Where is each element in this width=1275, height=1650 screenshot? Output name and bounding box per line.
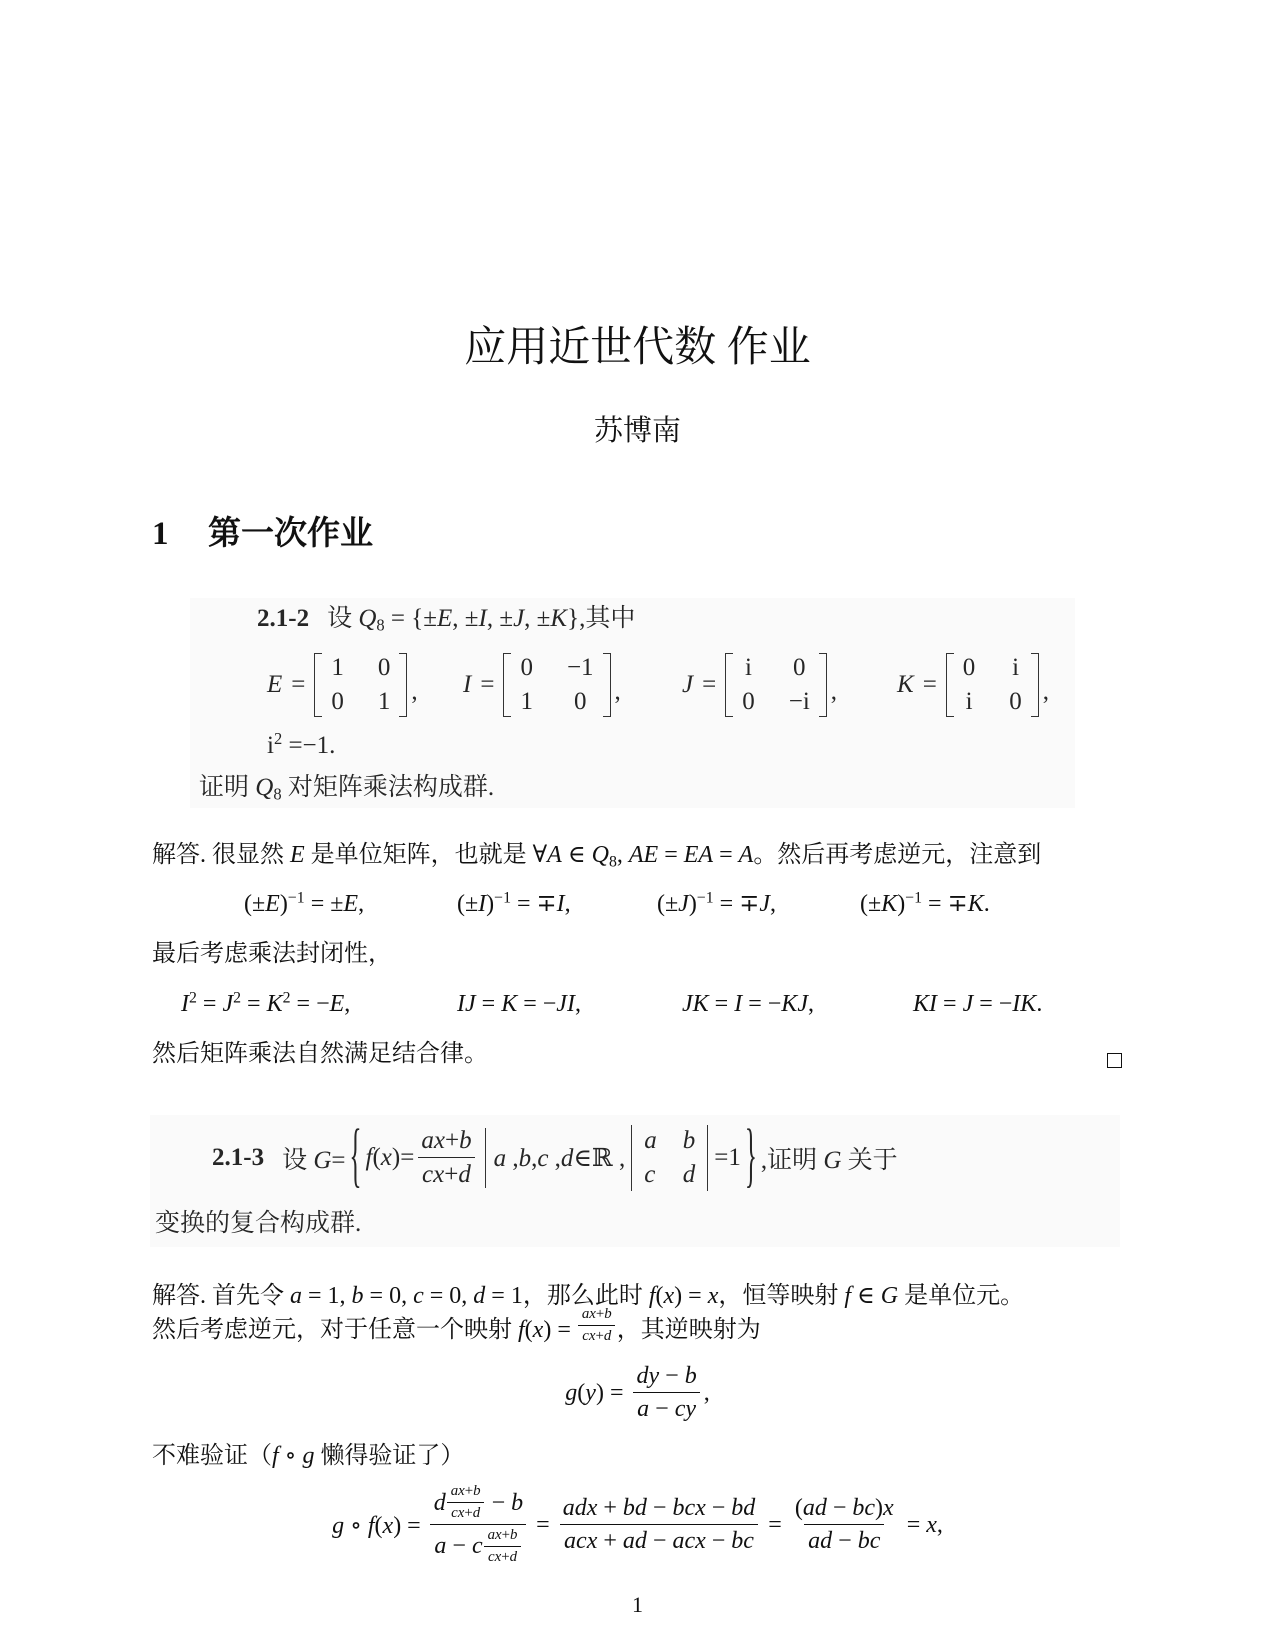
matrix-cells: 1 0 0 1	[322, 653, 399, 717]
numerator: ax+b	[417, 1126, 475, 1157]
composition-fraction-3: (ad − bc)x ad − bc	[791, 1494, 898, 1556]
matrix-name: E	[267, 671, 282, 699]
numerator: dy − b	[632, 1362, 700, 1392]
product-equation: IJ = K = −JI,	[457, 986, 581, 1022]
problem-number: 2.1-3	[212, 1144, 264, 1172]
nested-fraction: ax+b cx+d	[484, 1527, 522, 1567]
inverse-equation: (±K)−1 = ∓K.	[860, 886, 990, 922]
denominator: acx + ad − acx − bc	[560, 1524, 758, 1556]
inverse-lhs: g(y) =	[565, 1380, 629, 1407]
equals-sign: =	[291, 671, 305, 699]
composition-lhs: g ∘ f(x) =	[332, 1511, 427, 1540]
matrix: i 0 0 −i	[725, 653, 827, 717]
left-bracket-icon	[946, 653, 954, 717]
inline-fraction: ax+b cx+d	[578, 1306, 616, 1346]
problem-set-definition: 设 Q8 = {±E, ±I, ±J, ±K},其中	[327, 605, 635, 632]
right-bracket-icon	[819, 653, 827, 717]
matrix-cell: −1	[567, 653, 594, 683]
matrix-cells: 0 −1 1 0	[511, 653, 602, 717]
matrix-cell: i	[1012, 653, 1019, 683]
matrix-I: I = 0 −1 1 0 ,	[463, 650, 621, 720]
right-bracket-icon	[1031, 653, 1039, 717]
matrix-name: I	[463, 671, 471, 699]
matrix-E: E = 1 0 0 1 ,	[267, 650, 418, 720]
imaginary-unit-definition: i2 =−1.	[267, 730, 335, 762]
solution-1-line-3: 然后矩阵乘法自然满足结合律。	[152, 1038, 488, 1070]
denominator: cx+d	[578, 1325, 615, 1346]
matrix-cell: 0	[963, 653, 976, 683]
product-equation: KI = J = −IK.	[913, 986, 1042, 1022]
product-equation: I2 = J2 = K2 = −E,	[181, 986, 350, 1022]
separator: ,	[411, 678, 417, 706]
set-prefix: 设 G=	[282, 1140, 345, 1176]
matrix-cell: −i	[789, 687, 810, 717]
equals-sign: =	[530, 1512, 556, 1539]
denominator: cx+d	[418, 1157, 475, 1190]
product-equation: JK = I = −KJ,	[682, 986, 814, 1022]
matrix: 0 −1 1 0	[503, 653, 610, 717]
separator: ,	[831, 678, 837, 706]
determinant: a b c d	[631, 1125, 708, 1191]
numerator: d ax+b cx+d − b	[430, 1483, 527, 1524]
inverse-map-equation: g(y) = dy − b a − cy ,	[0, 1358, 1275, 1428]
numerator: adx + bd − bcx − bd	[559, 1494, 760, 1524]
right-bracket-icon	[399, 653, 407, 717]
det-cell: c	[644, 1161, 657, 1189]
matrix-cell: 1	[378, 687, 391, 717]
numerator: ax+b	[578, 1306, 616, 1325]
problem-header: 2.1-2设 Q8 = {±E, ±I, ±J, ±K},其中	[257, 603, 635, 635]
matrix-J: J = i 0 0 −i ,	[682, 650, 837, 720]
matrix-cell: 1	[331, 653, 344, 683]
matrix-cell: 1	[520, 687, 533, 717]
composition-fraction-2: adx + bd − bcx − bd acx + ad − acx − bc	[559, 1494, 760, 1556]
matrix-cell: 0	[742, 687, 755, 717]
det-cell: b	[683, 1127, 696, 1155]
left-bracket-icon	[725, 653, 733, 717]
numerator: ax+b	[447, 1483, 485, 1502]
composition-equation: g ∘ f(x) = d ax+b cx+d − b a − c ax+b cx…	[0, 1483, 1275, 1567]
matrix-name: K	[897, 671, 914, 699]
matrix-cell: 0	[574, 687, 587, 717]
right-bracket-icon	[603, 653, 611, 717]
section-number: 1	[152, 514, 169, 554]
problem-header: 2.1-3 设 G= { f(x)= ax+b cx+d a ,b,c ,d∈ℝ…	[212, 1115, 898, 1201]
equals-sign: =	[923, 671, 937, 699]
numerator-prefix: d	[434, 1489, 446, 1518]
matrix: 1 0 0 1	[314, 653, 407, 717]
denominator: cx+d	[447, 1502, 484, 1523]
document-title: 应用近世代数 作业	[0, 322, 1275, 374]
separator: ,	[1043, 678, 1049, 706]
denominator: a − c ax+b cx+d	[430, 1524, 526, 1567]
document-author: 苏博南	[0, 413, 1275, 449]
problem-2-1-2-image: 2.1-2设 Q8 = {±E, ±I, ±J, ±K},其中 E = 1 0 …	[190, 598, 1075, 808]
inverse-intro: 然后考虑逆元，对于任意一个映射 f(x) =	[152, 1309, 577, 1344]
denominator-prefix: a − c	[434, 1532, 482, 1561]
inverse-intro-tail: ，其逆映射为	[617, 1309, 761, 1344]
solution-1-line-1: 解答. 很显然 E 是单位矩阵，也就是 ∀A ∈ Q8, AE = EA = A…	[152, 839, 1041, 871]
coefficient-condition: a ,b,c ,d∈ℝ ,	[494, 1143, 626, 1173]
denominator: cx+d	[484, 1546, 521, 1567]
section-title: 第一次作业	[208, 514, 373, 554]
left-bracket-icon	[314, 653, 322, 717]
qed-square-icon	[1107, 1053, 1122, 1068]
numerator: (ad − bc)x	[791, 1494, 898, 1524]
composition-result: = x,	[901, 1512, 943, 1539]
trailing-comma: ,	[704, 1380, 710, 1407]
problem-statement: 证明 Q8 对矩阵乘法构成群.	[199, 772, 494, 804]
solution-1-line-2: 最后考虑乘法封闭性，	[152, 938, 392, 970]
solution-2-line-3: 不难验证（f ∘ g 懒得验证了）	[152, 1440, 464, 1472]
numerator-suffix: − b	[486, 1489, 524, 1518]
matrix-cell: 0	[331, 687, 344, 717]
matrix: 0 i i 0	[946, 653, 1039, 717]
inverse-equation: (±J)−1 = ∓J,	[657, 886, 776, 922]
composition-fraction-1: d ax+b cx+d − b a − c ax+b cx+d	[430, 1483, 527, 1566]
mobius-fraction: ax+b cx+d	[417, 1126, 475, 1190]
denominator: a − cy	[633, 1392, 700, 1424]
det-cell: d	[683, 1161, 696, 1189]
matrix-cell: 0	[1009, 687, 1022, 717]
matrix-cells: i 0 0 −i	[733, 653, 819, 717]
problem-claim: ,证明 G 关于	[761, 1140, 898, 1176]
matrix-cells: 0 i i 0	[954, 653, 1031, 717]
matrix-cell: 0	[793, 653, 806, 683]
denominator: ad − bc	[804, 1524, 884, 1556]
matrix-name: J	[682, 671, 693, 699]
nested-fraction: ax+b cx+d	[447, 1483, 485, 1523]
equals-sign: =	[480, 671, 494, 699]
matrix-K: K = 0 i i 0 ,	[897, 650, 1049, 720]
matrix-cell: 0	[520, 653, 533, 683]
inverse-equation: (±E)−1 = ±E,	[244, 886, 364, 922]
such-that-bar	[485, 1128, 486, 1188]
document-page: 应用近世代数 作业 苏博南 1 第一次作业 2.1-2设 Q8 = {±E, ±…	[0, 0, 1275, 1650]
function-lhs: f(x)=	[366, 1144, 415, 1172]
matrix-cell: i	[966, 687, 973, 717]
inverse-equation: (±I)−1 = ∓I,	[457, 886, 571, 922]
problem-number: 2.1-2	[257, 605, 309, 632]
equals-sign: =	[702, 671, 716, 699]
right-brace-icon: }	[745, 1117, 757, 1198]
equals-sign: =	[762, 1512, 788, 1539]
separator: ,	[615, 678, 621, 706]
problem-2-1-3-image: 2.1-3 设 G= { f(x)= ax+b cx+d a ,b,c ,d∈ℝ…	[150, 1115, 1120, 1247]
inverse-fraction: dy − b a − cy	[632, 1362, 700, 1424]
solution-2-line-2: 然后考虑逆元，对于任意一个映射 f(x) = ax+b cx+d ，其逆映射为	[152, 1309, 761, 1343]
page-number: 1	[0, 1591, 1275, 1619]
left-brace-icon: {	[350, 1117, 362, 1198]
left-bracket-icon	[503, 653, 511, 717]
problem-statement: 变换的复合构成群.	[155, 1208, 361, 1240]
matrix-cell: i	[745, 653, 752, 683]
matrix-cell: 0	[378, 653, 391, 683]
det-cell: a	[644, 1127, 657, 1155]
numerator: ax+b	[484, 1527, 522, 1546]
determinant-value: =1	[714, 1144, 741, 1172]
inverse-equations: (±E)−1 = ±E, (±I)−1 = ∓I, (±J)−1 = ∓J, (…	[0, 886, 1275, 922]
product-equations: I2 = J2 = K2 = −E, IJ = K = −JI, JK = I …	[0, 986, 1275, 1022]
